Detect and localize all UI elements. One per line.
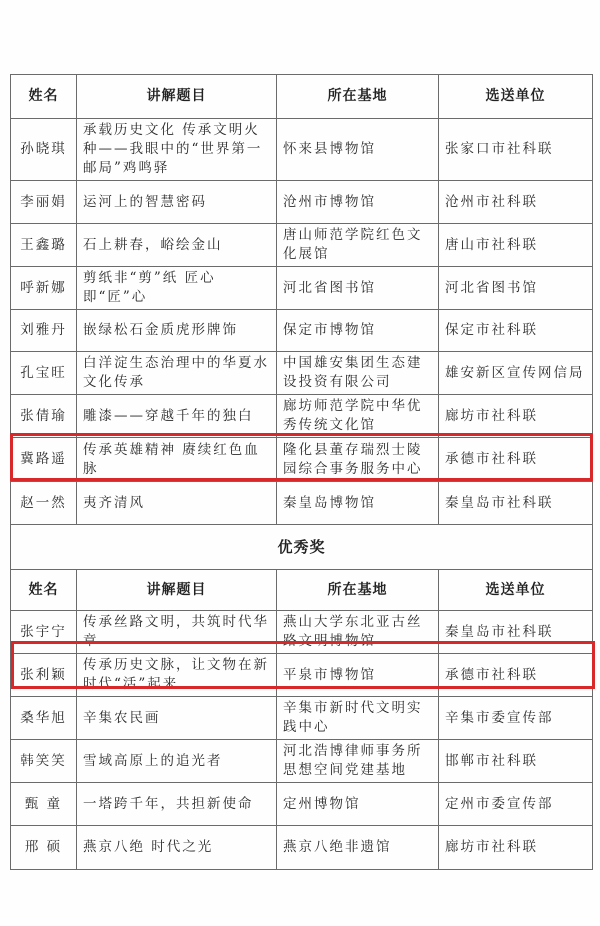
table-row: 邢 硕 燕京八绝 时代之光 燕京八绝非遗馆 廊坊市社科联 (11, 826, 593, 870)
cell-unit: 张家口市社科联 (439, 119, 593, 181)
cell-unit: 辛集市委宣传部 (439, 697, 593, 740)
cell-topic: 传承英雄精神 赓续红色血脉 (77, 438, 277, 482)
table-header-row: 姓名 讲解题目 所在基地 选送单位 (11, 75, 593, 119)
header-base: 所在基地 (277, 570, 439, 611)
cell-topic: 辛集农民画 (77, 697, 277, 740)
cell-topic: 石上耕春，峪绘金山 (77, 224, 277, 267)
cell-topic: 运河上的智慧密码 (77, 181, 277, 224)
cell-topic: 燕京八绝 时代之光 (77, 826, 277, 870)
cell-unit: 承德市社科联 (439, 654, 593, 697)
cell-name: 张宇宁 (11, 611, 77, 654)
table-row: 李丽娟 运河上的智慧密码 沧州市博物馆 沧州市社科联 (11, 181, 593, 224)
cell-unit: 保定市社科联 (439, 310, 593, 352)
cell-topic: 雕漆——穿越千年的独白 (77, 395, 277, 438)
cell-unit: 定州市委宣传部 (439, 783, 593, 826)
table-row-highlighted: 张利颖 传承历史文脉，让文物在新时代“活”起来 平泉市博物馆 承德市社科联 (11, 654, 593, 697)
table-row: 韩笑笑 雪域高原上的追光者 河北浩博律师事务所思想空间党建基地 邯郸市社科联 (11, 740, 593, 783)
cell-base: 隆化县董存瑞烈士陵园综合事务服务中心 (277, 438, 439, 482)
cell-base: 沧州市博物馆 (277, 181, 439, 224)
table-row: 孙晓琪 承载历史文化 传承文明火种——我眼中的“世界第一邮局”鸡鸣驿 怀来县博物… (11, 119, 593, 181)
cell-name: 韩笑笑 (11, 740, 77, 783)
header-unit: 选送单位 (439, 570, 593, 611)
cell-base: 唐山师范学院红色文化展馆 (277, 224, 439, 267)
cell-name: 赵一然 (11, 482, 77, 525)
cell-name: 王鑫璐 (11, 224, 77, 267)
cell-base: 燕山大学东北亚古丝路文明博物馆 (277, 611, 439, 654)
table-row-highlighted: 冀路遥 传承英雄精神 赓续红色血脉 隆化县董存瑞烈士陵园综合事务服务中心 承德市… (11, 438, 593, 482)
table-row: 王鑫璐 石上耕春，峪绘金山 唐山师范学院红色文化展馆 唐山市社科联 (11, 224, 593, 267)
cell-unit: 唐山市社科联 (439, 224, 593, 267)
cell-topic: 嵌绿松石金质虎形牌饰 (77, 310, 277, 352)
cell-topic: 承载历史文化 传承文明火种——我眼中的“世界第一邮局”鸡鸣驿 (77, 119, 277, 181)
cell-unit: 沧州市社科联 (439, 181, 593, 224)
cell-name: 甄 童 (11, 783, 77, 826)
cell-base: 平泉市博物馆 (277, 654, 439, 697)
table-row: 甄 童 一塔跨千年，共担新使命 定州博物馆 定州市委宣传部 (11, 783, 593, 826)
header-name: 姓名 (11, 570, 77, 611)
cell-topic: 传承丝路文明，共筑时代华章 (77, 611, 277, 654)
cell-name: 张倩瑜 (11, 395, 77, 438)
cell-name: 张利颖 (11, 654, 77, 697)
cell-name: 孙晓琪 (11, 119, 77, 181)
cell-topic: 剪纸非“剪”纸 匠心即“匠”心 (77, 267, 277, 310)
table-header-row: 姓名 讲解题目 所在基地 选送单位 (11, 570, 593, 611)
cell-unit: 河北省图书馆 (439, 267, 593, 310)
cell-name: 刘雅丹 (11, 310, 77, 352)
cell-base: 辛集市新时代文明实践中心 (277, 697, 439, 740)
header-base: 所在基地 (277, 75, 439, 119)
cell-name: 桑华旭 (11, 697, 77, 740)
cell-topic: 雪域高原上的追光者 (77, 740, 277, 783)
cell-topic: 白洋淀生态治理中的华夏水文化传承 (77, 352, 277, 395)
cell-name: 孔宝旺 (11, 352, 77, 395)
table-row: 张倩瑜 雕漆——穿越千年的独白 廊坊师范学院中华优秀传统文化馆 廊坊市社科联 (11, 395, 593, 438)
cell-base: 中国雄安集团生态建设投资有限公司 (277, 352, 439, 395)
award-table: 姓名 讲解题目 所在基地 选送单位 孙晓琪 承载历史文化 传承文明火种——我眼中… (10, 74, 593, 870)
cell-unit: 秦皇岛市社科联 (439, 482, 593, 525)
header-topic: 讲解题目 (77, 75, 277, 119)
cell-name: 李丽娟 (11, 181, 77, 224)
cell-name: 呼新娜 (11, 267, 77, 310)
cell-base: 怀来县博物馆 (277, 119, 439, 181)
section-title: 优秀奖 (11, 525, 593, 570)
cell-name: 冀路遥 (11, 438, 77, 482)
cell-base: 河北浩博律师事务所思想空间党建基地 (277, 740, 439, 783)
cell-unit: 邯郸市社科联 (439, 740, 593, 783)
cell-topic: 夷齐清风 (77, 482, 277, 525)
cell-base: 廊坊师范学院中华优秀传统文化馆 (277, 395, 439, 438)
cell-unit: 秦皇岛市社科联 (439, 611, 593, 654)
table-row: 刘雅丹 嵌绿松石金质虎形牌饰 保定市博物馆 保定市社科联 (11, 310, 593, 352)
table-row: 张宇宁 传承丝路文明，共筑时代华章 燕山大学东北亚古丝路文明博物馆 秦皇岛市社科… (11, 611, 593, 654)
section-title-row: 优秀奖 (11, 525, 593, 570)
header-topic: 讲解题目 (77, 570, 277, 611)
cell-base: 保定市博物馆 (277, 310, 439, 352)
cell-unit: 承德市社科联 (439, 438, 593, 482)
cell-base: 燕京八绝非遗馆 (277, 826, 439, 870)
cell-name: 邢 硕 (11, 826, 77, 870)
cell-unit: 廊坊市社科联 (439, 395, 593, 438)
table-row: 赵一然 夷齐清风 秦皇岛博物馆 秦皇岛市社科联 (11, 482, 593, 525)
cell-unit: 廊坊市社科联 (439, 826, 593, 870)
document-page: 姓名 讲解题目 所在基地 选送单位 孙晓琪 承载历史文化 传承文明火种——我眼中… (0, 0, 600, 926)
header-name: 姓名 (11, 75, 77, 119)
cell-topic: 一塔跨千年，共担新使命 (77, 783, 277, 826)
table-row: 呼新娜 剪纸非“剪”纸 匠心即“匠”心 河北省图书馆 河北省图书馆 (11, 267, 593, 310)
table-row: 桑华旭 辛集农民画 辛集市新时代文明实践中心 辛集市委宣传部 (11, 697, 593, 740)
cell-base: 秦皇岛博物馆 (277, 482, 439, 525)
cell-unit: 雄安新区宣传网信局 (439, 352, 593, 395)
cell-base: 定州博物馆 (277, 783, 439, 826)
header-unit: 选送单位 (439, 75, 593, 119)
cell-topic: 传承历史文脉，让文物在新时代“活”起来 (77, 654, 277, 697)
table-row: 孔宝旺 白洋淀生态治理中的华夏水文化传承 中国雄安集团生态建设投资有限公司 雄安… (11, 352, 593, 395)
cell-base: 河北省图书馆 (277, 267, 439, 310)
